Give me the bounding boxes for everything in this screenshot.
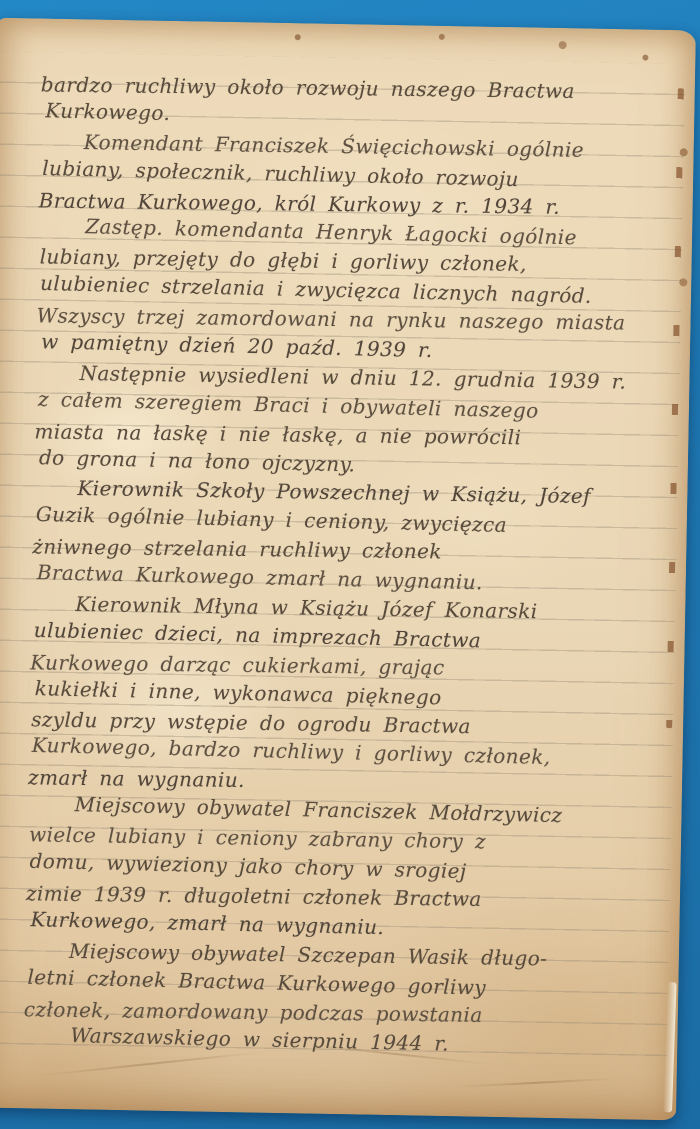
paper-sheet: bardzo ruchliwy około rozwoju naszego Br… bbox=[0, 18, 696, 1121]
paper-crease bbox=[457, 1078, 617, 1088]
photo-of-manuscript: { "scene": { "backdrop_color": "#1e77b1"… bbox=[0, 0, 700, 1129]
handwriting-block: bardzo ruchliwy około rozwoju naszego Br… bbox=[23, 69, 667, 1063]
